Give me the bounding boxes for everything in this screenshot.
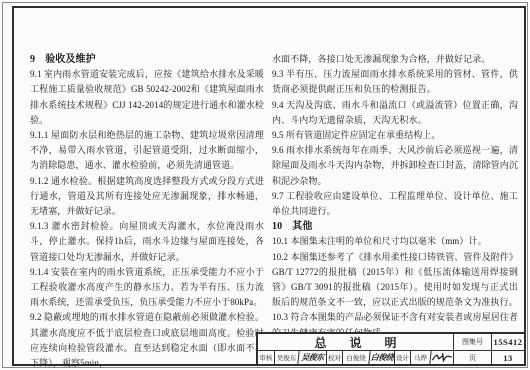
paragraph-10-1: 10.1 本图集未注明的单位和尺寸均以毫米（mm）计。 (272, 234, 518, 249)
paragraph-9-1-3: 9.1.3 灌水密封检验。向屋顶或天沟灌水，水位淹没雨水斗，停止灌水。保持1h后… (30, 219, 264, 265)
paragraph-9-3: 9.3 半有压、压力流屋面雨水排水系统采用的管材、管件，供货商必须提供耐正压和负… (272, 67, 518, 97)
paragraph-9-4: 9.4 天沟及沟底、雨水斗和溢流口（或溢流管）位置正确，沟内、斗内均无遗留杂质，… (272, 98, 518, 128)
reviewer-label: 审核 (258, 351, 274, 364)
designer-signature (429, 351, 453, 364)
reviewer-signature: 吴俊东 (297, 351, 326, 364)
paragraph-9-2-continued: 水面不降，各接口处无渗漏现象为合格，并做好记录。 (272, 52, 518, 67)
title-block: 总 说 明 图集号 15S412 审核 吴俊东 吴俊东 校对 白俊绕 白俊绕 设… (256, 332, 524, 364)
section-heading-9: 9 验收及维护 (30, 52, 264, 67)
paragraph-9-2: 9.2 隐蔽或埋地的雨水排水管道在隐蔽前必须做灌水检验。其灌水高度应不低于底层检… (30, 310, 264, 370)
page-number: 13 (491, 350, 524, 364)
paragraph-9-1-2: 9.1.2 通水检验。根据建筑高度选择整段方式或分段方式进行通水，管道及其所有连… (30, 174, 264, 220)
document-page: 9 验收及维护 9.1 室内雨水管道安装完成后，应按《建筑给水排水及采暖工程施工… (0, 0, 530, 370)
text-column-right: 水面不降，各接口处无渗漏现象为合格，并做好记录。 9.3 半有压、压力流屋面雨水… (272, 52, 518, 341)
designer-label: 设计 (394, 351, 410, 364)
proofreader-name: 白俊绕 (342, 351, 369, 364)
section-heading-10: 10 其他 (272, 219, 518, 234)
signature-row: 审核 吴俊东 吴俊东 校对 白俊绕 白俊绕 设计 马烨 (258, 350, 453, 364)
paragraph-9-1-4: 9.1.4 安装在室内的雨水管道系统，正压承受能力不应小于工程验收灌水高度产生的… (30, 265, 264, 311)
sheet-title: 总 说 明 (258, 334, 453, 350)
proofreader-signature: 白俊绕 (368, 351, 394, 364)
drawing-frame: 9 验收及维护 9.1 室内雨水管道安装完成后，应按《建筑给水排水及采暖工程施工… (12, 6, 526, 366)
designer-name: 马烨 (410, 351, 430, 364)
paragraph-9-1-1: 9.1.1 屋面防水层和绝热层的施工杂物、建筑垃圾常因清理不净，易带入雨水管道，… (30, 128, 264, 174)
paragraph-9-1: 9.1 室内雨水管道安装完成后，应按《建筑给水排水及采暖工程施工质量验收规范》G… (30, 67, 264, 128)
paragraph-9-7: 9.7 工程验收应由建设单位、工程监理单位、设计单位、施工单位共同进行。 (272, 189, 518, 219)
signature-scribble-icon (430, 352, 453, 363)
proofreader-label: 校对 (326, 351, 342, 364)
reviewer-name: 吴俊东 (274, 351, 298, 364)
text-column-left: 9 验收及维护 9.1 室内雨水管道安装完成后，应按《建筑给水排水及采暖工程施工… (30, 52, 264, 370)
atlas-number-label: 图集号 (453, 334, 491, 350)
paragraph-9-5: 9.5 所有管道固定件应固定在承重结构上。 (272, 128, 518, 143)
atlas-number-value: 15S412 (491, 334, 524, 350)
page-label: 页 (453, 350, 491, 364)
paragraph-10-2: 10.2 本图集还参考了《排水用柔性接口铸铁管、管件及附件》GB/T 12772… (272, 250, 518, 311)
paragraph-9-6: 9.6 雨水排水系统每年在雨季、大风沙前后必须巡视一遍，清除屋面及雨水斗天沟内杂… (272, 143, 518, 189)
